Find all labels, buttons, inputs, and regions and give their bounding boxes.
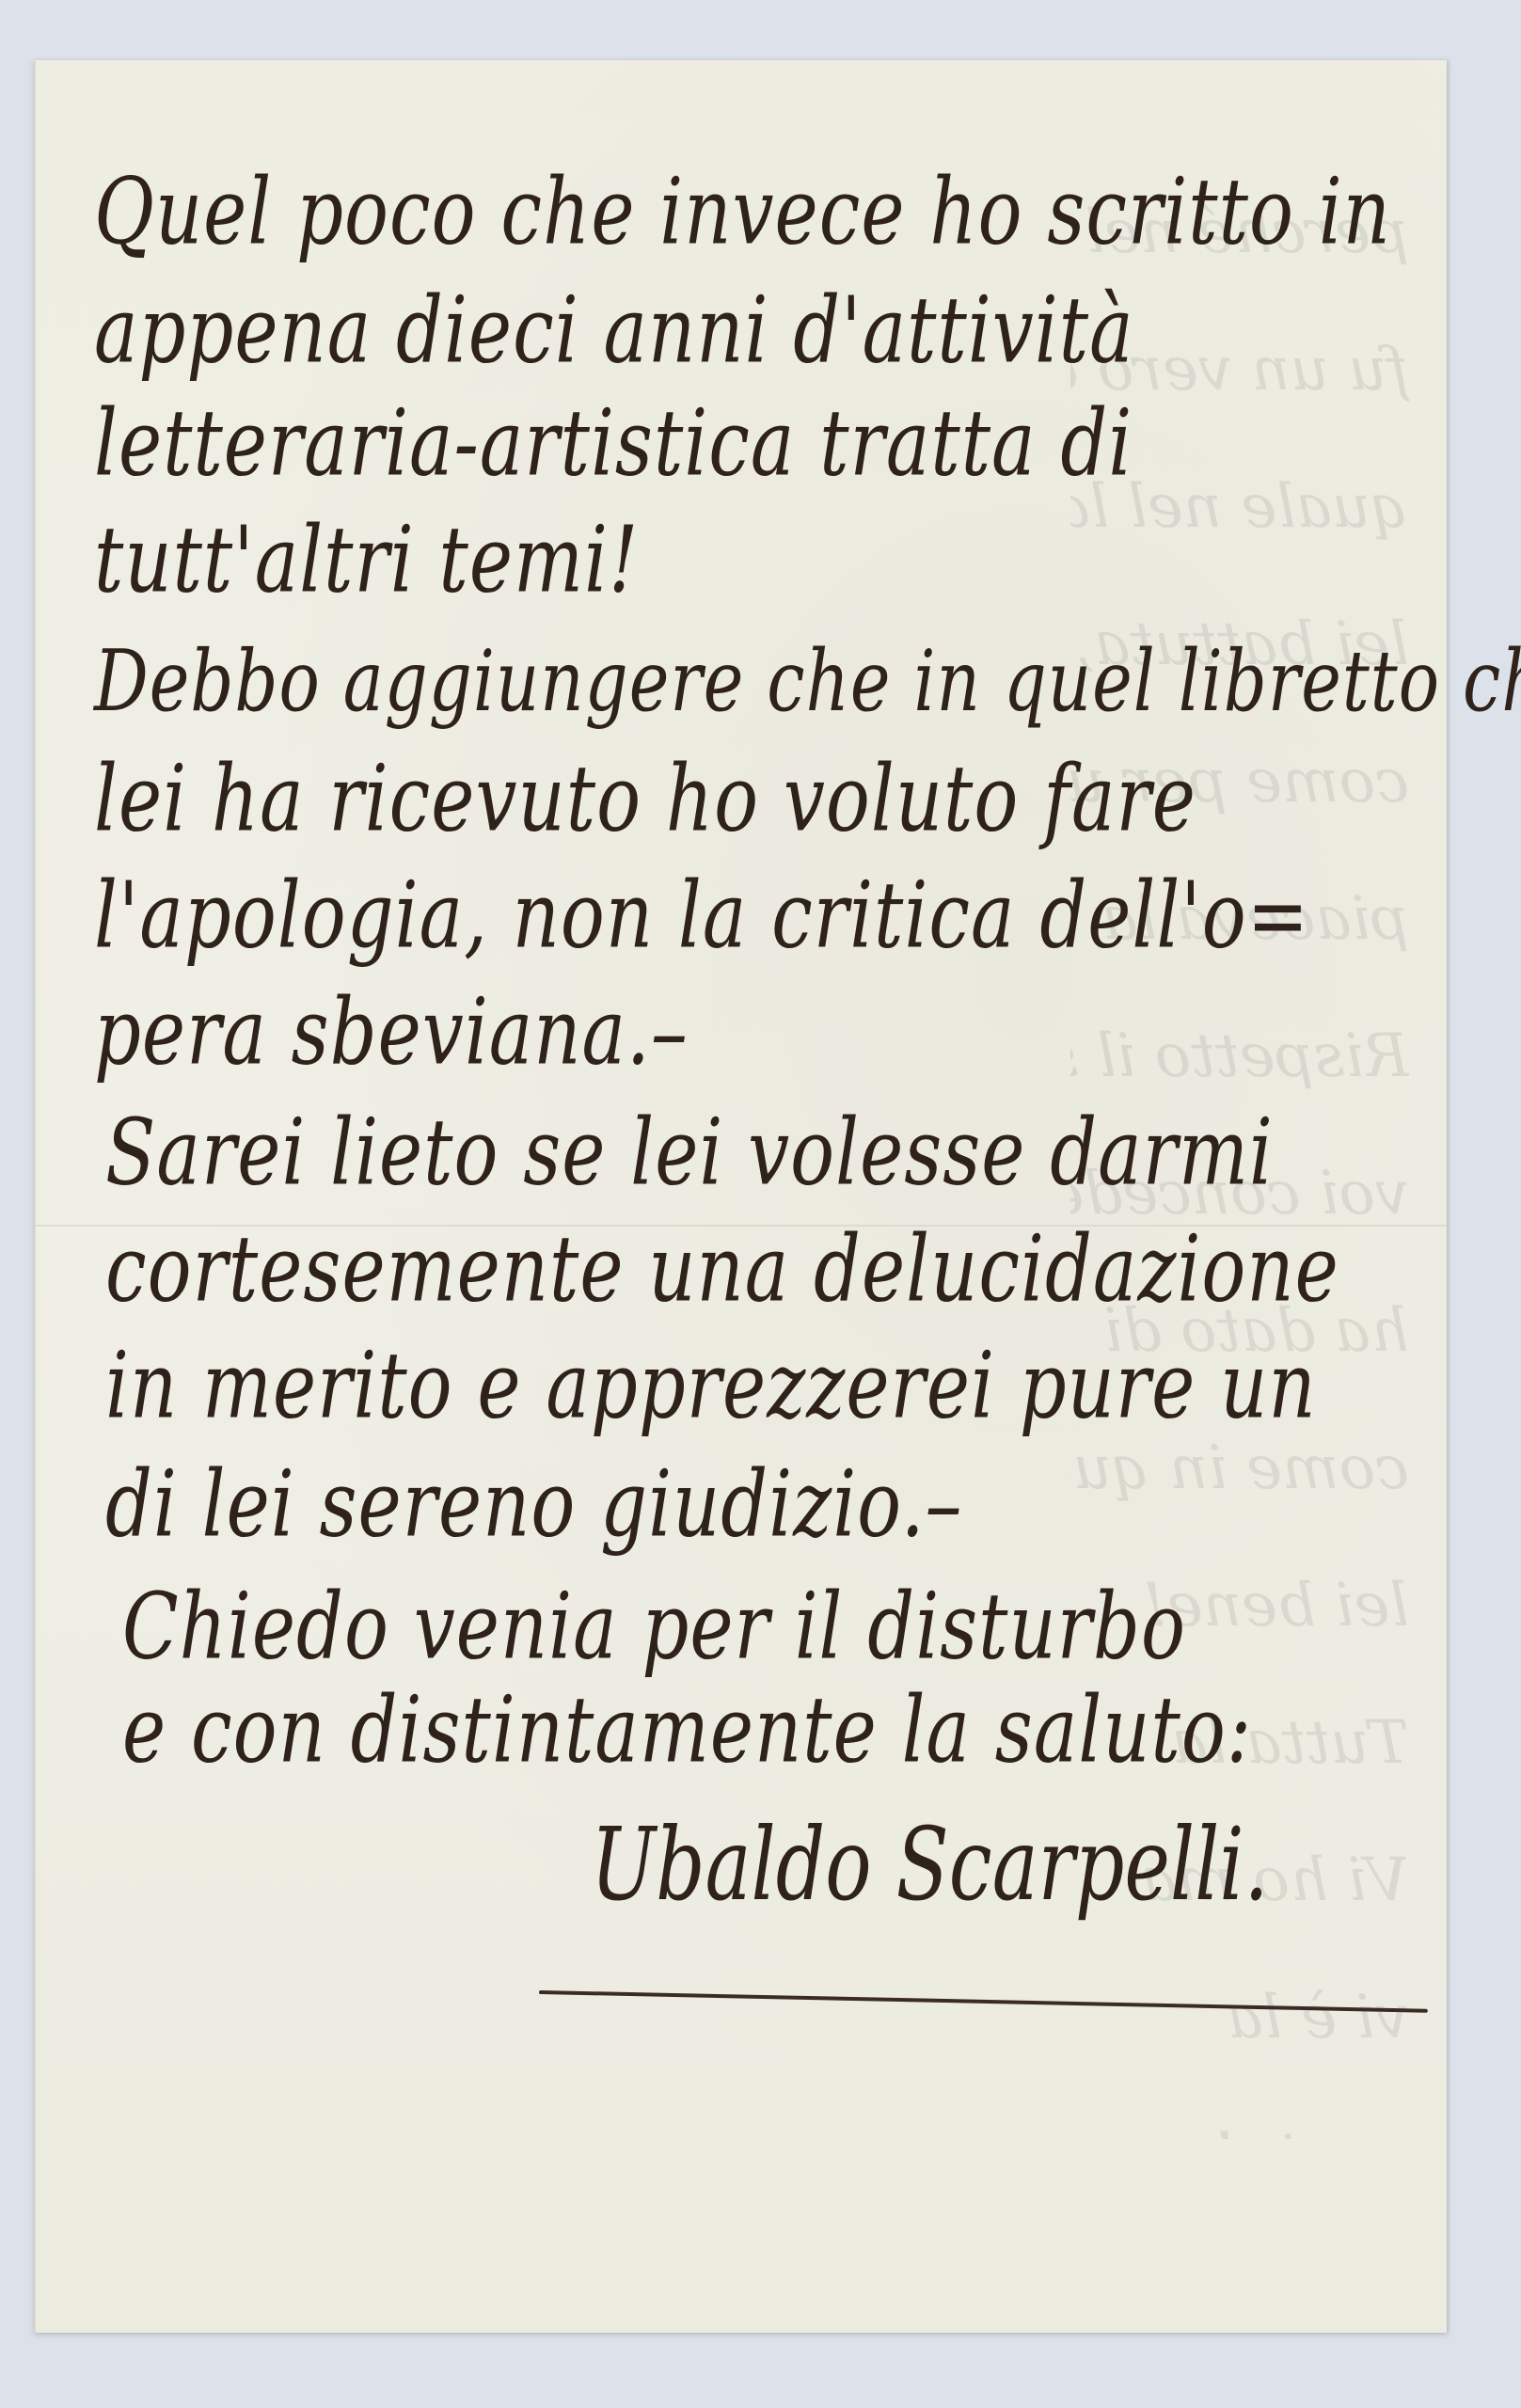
letter-line: l'apologia, non la critica dell'o= bbox=[94, 863, 1309, 970]
letter-page: perché nel mio caso fu un vero onore qua… bbox=[34, 60, 1447, 2333]
letter-line: lei ha ricevuto ho voluto fare bbox=[94, 747, 1196, 853]
letter-line: e con distintamente la saluto: bbox=[122, 1678, 1252, 1784]
letter-line: Quel poco che invece ho scritto in bbox=[94, 160, 1391, 266]
signature-underline bbox=[539, 1990, 1428, 2013]
letter-line: Sarei lieto se lei volesse darmi bbox=[105, 1101, 1274, 1207]
letter-line: Chiedo venia per il disturbo bbox=[122, 1575, 1186, 1681]
letter-line: tutt'altri temi! bbox=[94, 508, 639, 614]
letter-line: letteraria-artistica tratta di bbox=[94, 391, 1133, 498]
letter-line: appena dieci anni d'attività bbox=[94, 278, 1134, 385]
signature: Ubaldo Scarpelli. bbox=[591, 1808, 1269, 1925]
letter-line: pera sbeviana.– bbox=[94, 980, 689, 1086]
letter-line: Debbo aggiungere che in quel libretto ch… bbox=[94, 631, 1521, 730]
letter-line: in merito e apprezzerei pure un bbox=[105, 1334, 1317, 1440]
letter-line: di lei sereno giudizio.– bbox=[105, 1452, 963, 1559]
letter-line: cortesemente una delucidazione bbox=[105, 1217, 1339, 1323]
